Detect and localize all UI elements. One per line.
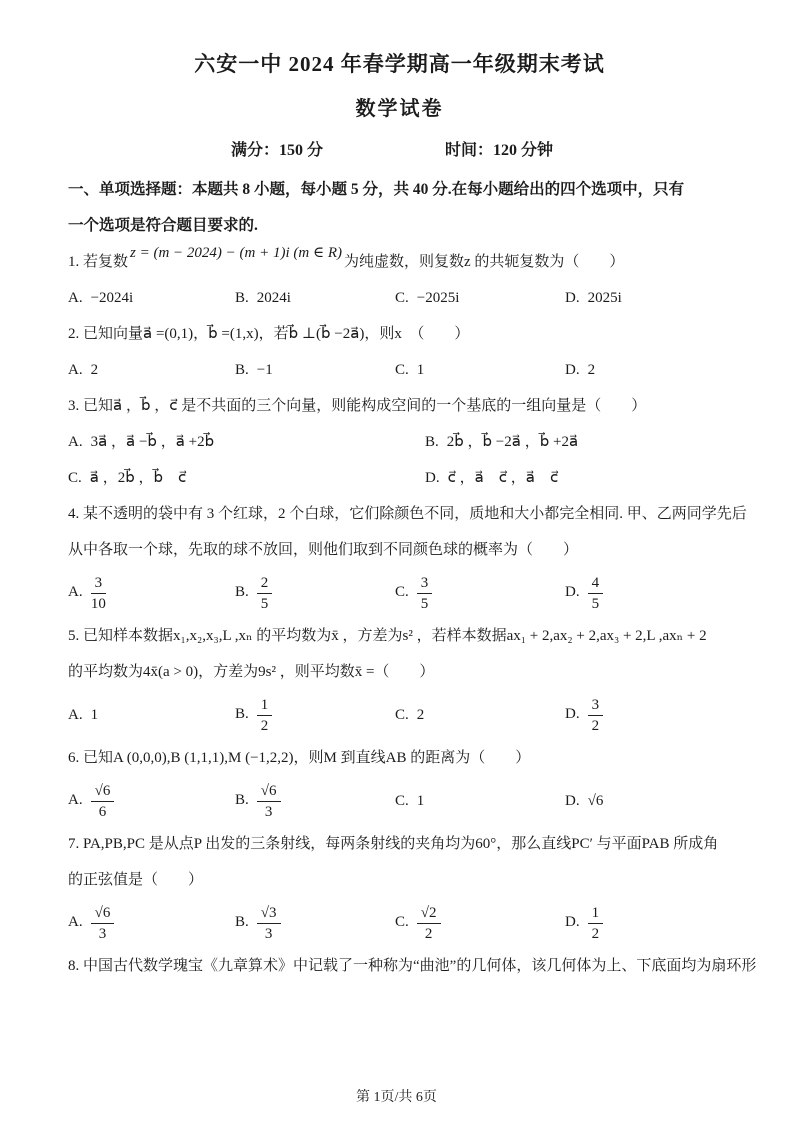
- option-label: D.: [565, 793, 580, 809]
- option-a: A.√66: [68, 782, 235, 821]
- fraction-denominator: 2: [592, 924, 600, 943]
- option-label: C.: [68, 470, 82, 486]
- question-5-stem-line1: 5. 已知样本数据x₁,x₂,x₃,L ,xₙ 的平均数为x̄ ，方差为s² ，…: [68, 618, 731, 654]
- fraction-denominator: 5: [261, 594, 269, 613]
- option-value: 2b⃗ ，b⃗ −2a⃗ ，b⃗ +2a⃗: [447, 434, 578, 450]
- question-5: 5. 已知样本数据x₁,x₂,x₃,L ,xₙ 的平均数为x̄ ，方差为s² ，…: [68, 618, 731, 740]
- question-7-stem-line1: 7. PA,PB,PC 是从点P 出发的三条射线，每两条射线的夹角均为60°，那…: [68, 826, 731, 862]
- option-d: D.45: [565, 574, 731, 613]
- option-value: c⃗ ，a⃗ c⃗ ，a⃗ c⃗: [448, 470, 559, 486]
- option-b: B.√33: [235, 904, 395, 943]
- option-value: a⃗ ，2b⃗ ，b⃗ c⃗: [90, 470, 186, 486]
- fraction-denominator: 3: [99, 924, 107, 943]
- fraction: 12: [257, 696, 273, 735]
- option-label: B.: [235, 584, 249, 600]
- fraction: √66: [91, 782, 115, 821]
- option-value: 2025i: [588, 290, 622, 306]
- option-label: D.: [425, 470, 440, 486]
- question-5-options: A.1 B.12 C.2 D.32: [68, 690, 731, 740]
- option-label: C.: [395, 707, 409, 723]
- option-label: D.: [565, 914, 580, 930]
- option-b: B.12: [235, 696, 395, 735]
- question-2: 2. 已知向量a⃗ =(0,1)，b⃗ =(1,x)，若b⃗ ⊥(b⃗ −2a⃗…: [68, 316, 731, 388]
- fraction: √22: [417, 904, 441, 943]
- option-b: B.√63: [235, 782, 395, 821]
- option-label: B.: [235, 362, 249, 378]
- question-3: 3. 已知a⃗ ，b⃗ ，c⃗ 是不共面的三个向量，则能构成空间的一个基底的一组…: [68, 388, 731, 496]
- option-label: C.: [395, 584, 409, 600]
- question-8: 8. 中国古代数学瑰宝《九章算术》中记载了一种称为“曲池”的几何体，该几何体为上…: [68, 948, 731, 984]
- fraction-denominator: 2: [425, 924, 433, 943]
- option-a: A.−2024i: [68, 280, 235, 316]
- fraction-numerator: 3: [417, 574, 433, 594]
- option-d: D.2: [565, 352, 731, 388]
- page-title: 六安一中 2024 年春学期高一年级期末考试: [68, 48, 731, 80]
- fraction-denominator: 6: [99, 802, 107, 821]
- fraction: √63: [91, 904, 115, 943]
- option-d: D.√6: [565, 793, 731, 810]
- option-label: C.: [395, 793, 409, 809]
- fraction: 12: [588, 904, 604, 943]
- fraction-numerator: 4: [588, 574, 604, 594]
- question-4-options: A.310 B.25 C.35 D.45: [68, 568, 731, 618]
- option-value: √6: [588, 793, 604, 809]
- fraction: 310: [91, 574, 107, 613]
- question-4-stem-line1: 4. 某不透明的袋中有 3 个红球，2 个白球，它们除颜色不同，质地和大小都完全…: [68, 496, 731, 532]
- option-label: D.: [565, 362, 580, 378]
- fraction-numerator: 1: [588, 904, 604, 924]
- question-7-stem-line2: 的正弦值是（ ）: [68, 862, 731, 898]
- option-label: A.: [68, 584, 83, 600]
- fraction: √33: [257, 904, 281, 943]
- fraction-numerator: 3: [588, 696, 604, 716]
- option-value: −1: [257, 362, 273, 378]
- fraction-numerator: √3: [257, 904, 281, 924]
- question-3-options-row1: A.3a⃗ ，a⃗ −b⃗ ，a⃗ +2b⃗ B.2b⃗ ，b⃗ −2a⃗ ，b…: [68, 424, 731, 460]
- fraction-numerator: √2: [417, 904, 441, 924]
- option-label: A.: [68, 434, 83, 450]
- option-label: A.: [68, 290, 83, 306]
- question-7: 7. PA,PB,PC 是从点P 出发的三条射线，每两条射线的夹角均为60°，那…: [68, 826, 731, 948]
- option-label: A.: [68, 914, 83, 930]
- question-7-options: A.√63 B.√33 C.√22 D.12: [68, 898, 731, 948]
- option-label: A.: [68, 362, 83, 378]
- option-d: D.32: [565, 696, 731, 735]
- option-c: C.a⃗ ，2b⃗ ，b⃗ c⃗: [68, 460, 425, 496]
- fraction-denominator: 5: [592, 594, 600, 613]
- full-score-label: 满分：150 分: [231, 138, 323, 164]
- fraction-numerator: √6: [257, 782, 281, 802]
- option-c: C.1: [395, 793, 565, 810]
- option-a: A.√63: [68, 904, 235, 943]
- question-1-stem: 1. 若复数z = (m − 2024) − (m + 1)i (m ∈ R)为…: [68, 244, 731, 280]
- fraction-denominator: 3: [265, 802, 273, 821]
- question-2-options: A.2 B.−1 C.1 D.2: [68, 352, 731, 388]
- option-label: C.: [395, 914, 409, 930]
- option-b: B.−1: [235, 352, 395, 388]
- option-value: 2024i: [257, 290, 291, 306]
- option-a: A.2: [68, 352, 235, 388]
- option-value: 1: [91, 707, 99, 723]
- option-label: B.: [235, 792, 249, 808]
- fraction: 32: [588, 696, 604, 735]
- question-1: 1. 若复数z = (m − 2024) − (m + 1)i (m ∈ R)为…: [68, 244, 731, 316]
- fraction-numerator: √6: [91, 782, 115, 802]
- fraction-numerator: 3: [91, 574, 107, 594]
- option-value: 2: [588, 362, 596, 378]
- option-label: D.: [565, 584, 580, 600]
- option-c: C.35: [395, 574, 565, 613]
- option-c: C.√22: [395, 904, 565, 943]
- fraction-denominator: 2: [592, 716, 600, 735]
- option-a: A.3a⃗ ，a⃗ −b⃗ ，a⃗ +2b⃗: [68, 424, 425, 460]
- option-a: A.1: [68, 707, 235, 724]
- option-d: D.c⃗ ，a⃗ c⃗ ，a⃗ c⃗: [425, 460, 731, 496]
- option-value: 2: [417, 707, 425, 723]
- option-value: −2024i: [91, 290, 134, 306]
- fraction-numerator: 2: [257, 574, 273, 594]
- option-label: A.: [68, 707, 83, 723]
- exam-info-line: 满分：150 分 时间：120 分钟: [68, 138, 731, 164]
- question-6-options: A.√66 B.√63 C.1 D.√6: [68, 776, 731, 826]
- fraction: 35: [417, 574, 433, 613]
- option-label: B.: [235, 290, 249, 306]
- question-1-stem-suffix: 为纯虚数，则复数z 的共轭复数为（ ）: [344, 254, 624, 270]
- question-5-stem-line2: 的平均数为4x̄(a > 0)，方差为9s² ，则平均数x̄ =（ ）: [68, 654, 731, 690]
- option-d: D.2025i: [565, 280, 731, 316]
- question-3-options-row2: C.a⃗ ，2b⃗ ，b⃗ c⃗ D.c⃗ ，a⃗ c⃗ ，a⃗ c⃗: [68, 460, 731, 496]
- option-label: B.: [235, 914, 249, 930]
- fraction-denominator: 5: [421, 594, 429, 613]
- fraction-denominator: 3: [265, 924, 273, 943]
- option-c: C.−2025i: [395, 280, 565, 316]
- fraction-numerator: √6: [91, 904, 115, 924]
- option-label: D.: [565, 706, 580, 722]
- exam-page: 六安一中 2024 年春学期高一年级期末考试 数学试卷 满分：150 分 时间：…: [0, 0, 793, 1122]
- option-label: C.: [395, 290, 409, 306]
- duration-label: 时间：120 分钟: [445, 138, 553, 164]
- question-4-stem-line2: 从中各取一个球，先取的球不放回，则他们取到不同颜色球的概率为（ ）: [68, 532, 731, 568]
- option-label: D.: [565, 290, 580, 306]
- question-6-stem: 6. 已知A (0,0,0),B (1,1,1),M (−1,2,2)，则M 到…: [68, 740, 731, 776]
- option-b: B.2024i: [235, 280, 395, 316]
- option-value: 1: [417, 793, 425, 809]
- page-footer: 第 1页/共 6页: [0, 1086, 793, 1106]
- option-label: B.: [235, 706, 249, 722]
- option-value: 2: [91, 362, 99, 378]
- question-6: 6. 已知A (0,0,0),B (1,1,1),M (−1,2,2)，则M 到…: [68, 740, 731, 826]
- option-value: 3a⃗ ，a⃗ −b⃗ ，a⃗ +2b⃗: [91, 434, 215, 450]
- fraction-denominator: 2: [261, 716, 269, 735]
- question-2-stem: 2. 已知向量a⃗ =(0,1)，b⃗ =(1,x)，若b⃗ ⊥(b⃗ −2a⃗…: [68, 316, 731, 352]
- option-label: C.: [395, 362, 409, 378]
- option-label: A.: [68, 792, 83, 808]
- fraction: √63: [257, 782, 281, 821]
- fraction-numerator: 1: [257, 696, 273, 716]
- page-subtitle: 数学试卷: [68, 94, 731, 124]
- option-c: C.1: [395, 352, 565, 388]
- option-c: C.2: [395, 707, 565, 724]
- option-label: B.: [425, 434, 439, 450]
- question-1-options: A.−2024i B.2024i C.−2025i D.2025i: [68, 280, 731, 316]
- option-value: 1: [417, 362, 425, 378]
- option-d: D.12: [565, 904, 731, 943]
- question-4: 4. 某不透明的袋中有 3 个红球，2 个白球，它们除颜色不同，质地和大小都完全…: [68, 496, 731, 618]
- section1-heading-line1: 一、单项选择题：本题共 8 小题，每小题 5 分，共 40 分.在每小题给出的四…: [68, 172, 731, 208]
- question-3-stem: 3. 已知a⃗ ，b⃗ ，c⃗ 是不共面的三个向量，则能构成空间的一个基底的一组…: [68, 388, 731, 424]
- question-8-stem: 8. 中国古代数学瑰宝《九章算术》中记载了一种称为“曲池”的几何体，该几何体为上…: [68, 948, 731, 984]
- question-1-formula: z = (m − 2024) − (m + 1)i (m ∈ R): [130, 235, 342, 271]
- option-a: A.310: [68, 574, 235, 613]
- fraction-denominator: 10: [91, 594, 106, 613]
- fraction: 45: [588, 574, 604, 613]
- fraction: 25: [257, 574, 273, 613]
- question-1-stem-prefix: 1. 若复数: [68, 254, 128, 270]
- option-b: B.2b⃗ ，b⃗ −2a⃗ ，b⃗ +2a⃗: [425, 424, 731, 460]
- option-b: B.25: [235, 574, 395, 613]
- option-value: −2025i: [417, 290, 460, 306]
